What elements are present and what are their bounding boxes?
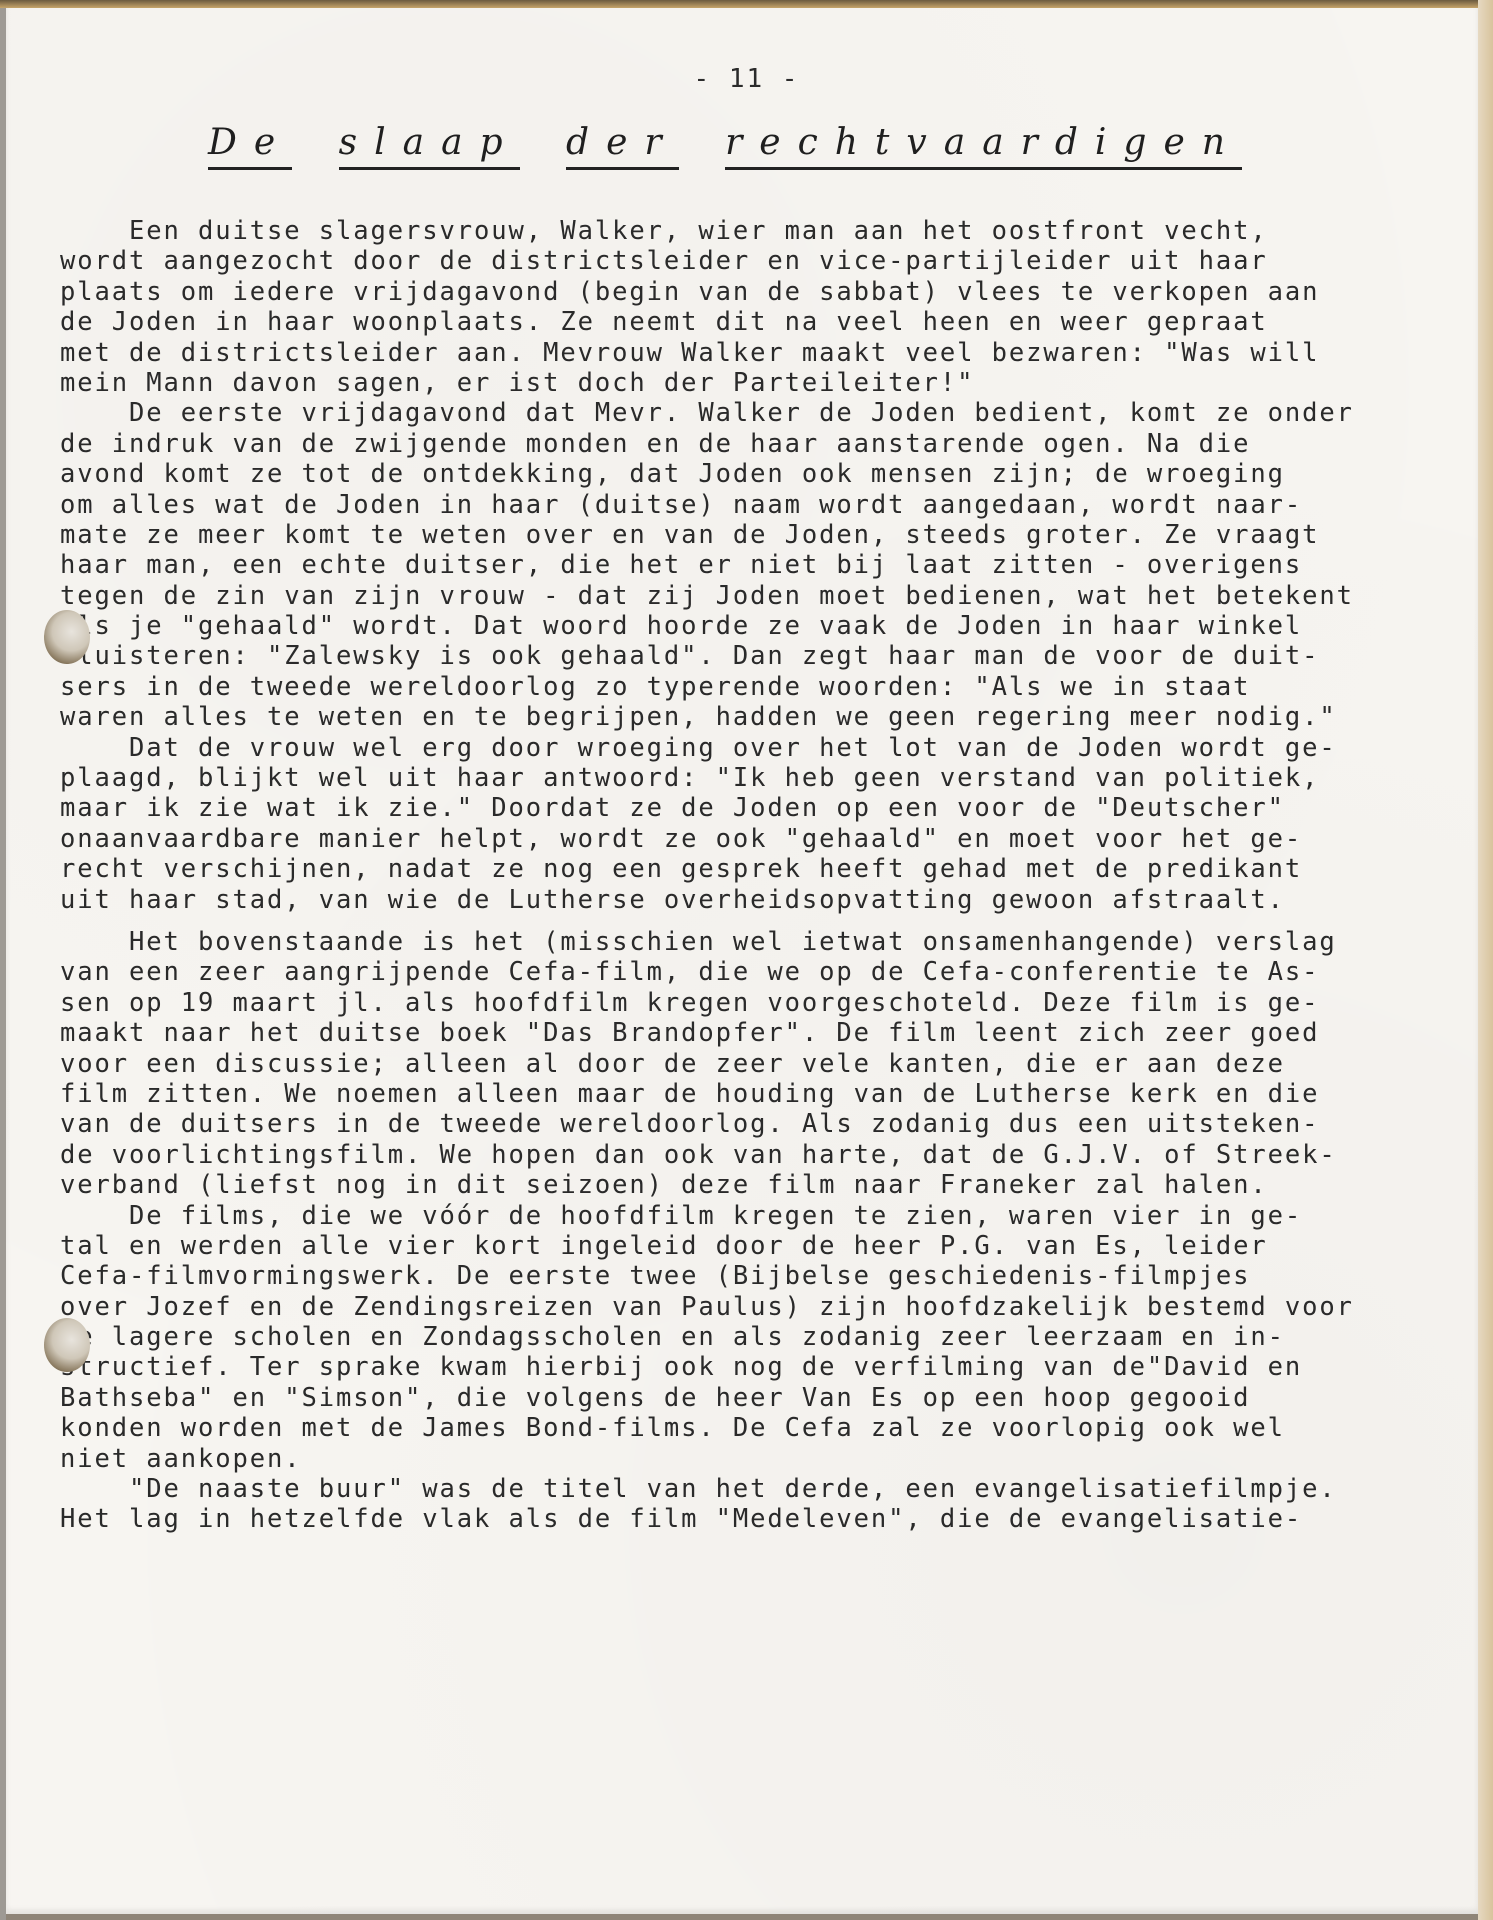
article-body: Een duitse slagersvrouw, Walker, wier ma…: [60, 216, 1440, 1535]
paragraph: De films, die we vóór de hoofdfilm krege…: [60, 1201, 1440, 1475]
text-line: wordt aangezocht door de districtsleider…: [60, 246, 1440, 276]
text-line: fluisteren: "Zalewsky is ook gehaald". D…: [60, 641, 1440, 671]
text-line: film zitten. We noemen alleen maar de ho…: [60, 1079, 1440, 1109]
text-line: niet aankopen.: [60, 1444, 1440, 1474]
text-line: voor een discussie; alleen al door de ze…: [60, 1049, 1440, 1079]
paragraph: Het bovenstaande is het (misschien wel i…: [60, 927, 1440, 1201]
text-line: De films, die we vóór de hoofdfilm krege…: [60, 1201, 1440, 1231]
text-line: Cefa-filmvormingswerk. De eerste twee (B…: [60, 1261, 1440, 1291]
text-line: maakt naar het duitse boek "Das Brandopf…: [60, 1018, 1440, 1048]
title-word: rechtvaardigen: [725, 122, 1242, 170]
text-line: recht verschijnen, nadat ze nog een gesp…: [60, 854, 1440, 884]
text-line: Het bovenstaande is het (misschien wel i…: [60, 927, 1440, 957]
text-line: Een duitse slagersvrouw, Walker, wier ma…: [60, 216, 1440, 246]
text-line: tegen de zin van zijn vrouw - dat zij Jo…: [60, 581, 1440, 611]
text-line: Het lag in hetzelfde vlak als de film "M…: [60, 1504, 1440, 1534]
text-line: avond komt ze tot de ontdekking, dat Jod…: [60, 459, 1440, 489]
page-number: - 11 -: [0, 64, 1493, 94]
scan-top-edge: [0, 0, 1493, 8]
paragraph-gap: [60, 915, 1440, 927]
text-line: als je "gehaald" wordt. Dat woord hoorde…: [60, 611, 1440, 641]
paragraph: "De naaste buur" was de titel van het de…: [60, 1474, 1440, 1535]
text-line: mate ze meer komt te weten over en van d…: [60, 520, 1440, 550]
text-line: mein Mann davon sagen, er ist doch der P…: [60, 368, 1440, 398]
text-line: "De naaste buur" was de titel van het de…: [60, 1474, 1440, 1504]
punch-hole-icon: [44, 610, 90, 664]
text-line: haar man, een echte duitser, die het er …: [60, 550, 1440, 580]
title-word: slaap: [339, 122, 520, 170]
text-line: de voorlichtingsfilm. We hopen dan ook v…: [60, 1140, 1440, 1170]
title-word: De: [208, 122, 292, 170]
text-line: maar ik zie wat ik zie." Doordat ze de J…: [60, 793, 1440, 823]
text-line: sen op 19 maart jl. als hoofdfilm kregen…: [60, 988, 1440, 1018]
text-line: om alles wat de Joden in haar (duitse) n…: [60, 490, 1440, 520]
text-line: De eerste vrijdagavond dat Mevr. Walker …: [60, 398, 1440, 428]
scan-right-edge: [1478, 0, 1493, 1920]
paragraph: Een duitse slagersvrouw, Walker, wier ma…: [60, 216, 1440, 398]
punch-hole-icon: [44, 1318, 90, 1372]
text-line: Dat de vrouw wel erg door wroeging over …: [60, 733, 1440, 763]
text-line: verband (liefst nog in dit seizoen) deze…: [60, 1170, 1440, 1200]
text-line: konden worden met de James Bond-films. D…: [60, 1413, 1440, 1443]
text-line: sers in de tweede wereldoorlog zo typere…: [60, 672, 1440, 702]
text-line: onaanvaardbare manier helpt, wordt ze oo…: [60, 824, 1440, 854]
text-line: uit haar stad, van wie de Lutherse overh…: [60, 885, 1440, 915]
text-line: de lagere scholen en Zondagsscholen en a…: [60, 1322, 1440, 1352]
text-line: waren alles te weten en te begrijpen, ha…: [60, 702, 1440, 732]
article-title: De slaap der rechtvaardigen: [208, 122, 1260, 163]
text-line: de Joden in haar woonplaats. Ze neemt di…: [60, 307, 1440, 337]
text-line: met de districtsleider aan. Mevrouw Walk…: [60, 338, 1440, 368]
title-word: der: [566, 122, 679, 170]
text-line: van de duitsers in de tweede wereldoorlo…: [60, 1109, 1440, 1139]
text-line: plaats om iedere vrijdagavond (begin van…: [60, 277, 1440, 307]
text-line: tal en werden alle vier kort ingeleid do…: [60, 1231, 1440, 1261]
text-line: de indruk van de zwijgende monden en de …: [60, 429, 1440, 459]
text-line: van een zeer aangrijpende Cefa-film, die…: [60, 957, 1440, 987]
text-line: Bathseba" en "Simson", die volgens de he…: [60, 1383, 1440, 1413]
paragraph: De eerste vrijdagavond dat Mevr. Walker …: [60, 398, 1440, 732]
text-line: over Jozef en de Zendingsreizen van Paul…: [60, 1292, 1440, 1322]
text-line: structief. Ter sprake kwam hierbij ook n…: [60, 1352, 1440, 1382]
paragraph: Dat de vrouw wel erg door wroeging over …: [60, 733, 1440, 915]
text-line: plaagd, blijkt wel uit haar antwoord: "I…: [60, 763, 1440, 793]
